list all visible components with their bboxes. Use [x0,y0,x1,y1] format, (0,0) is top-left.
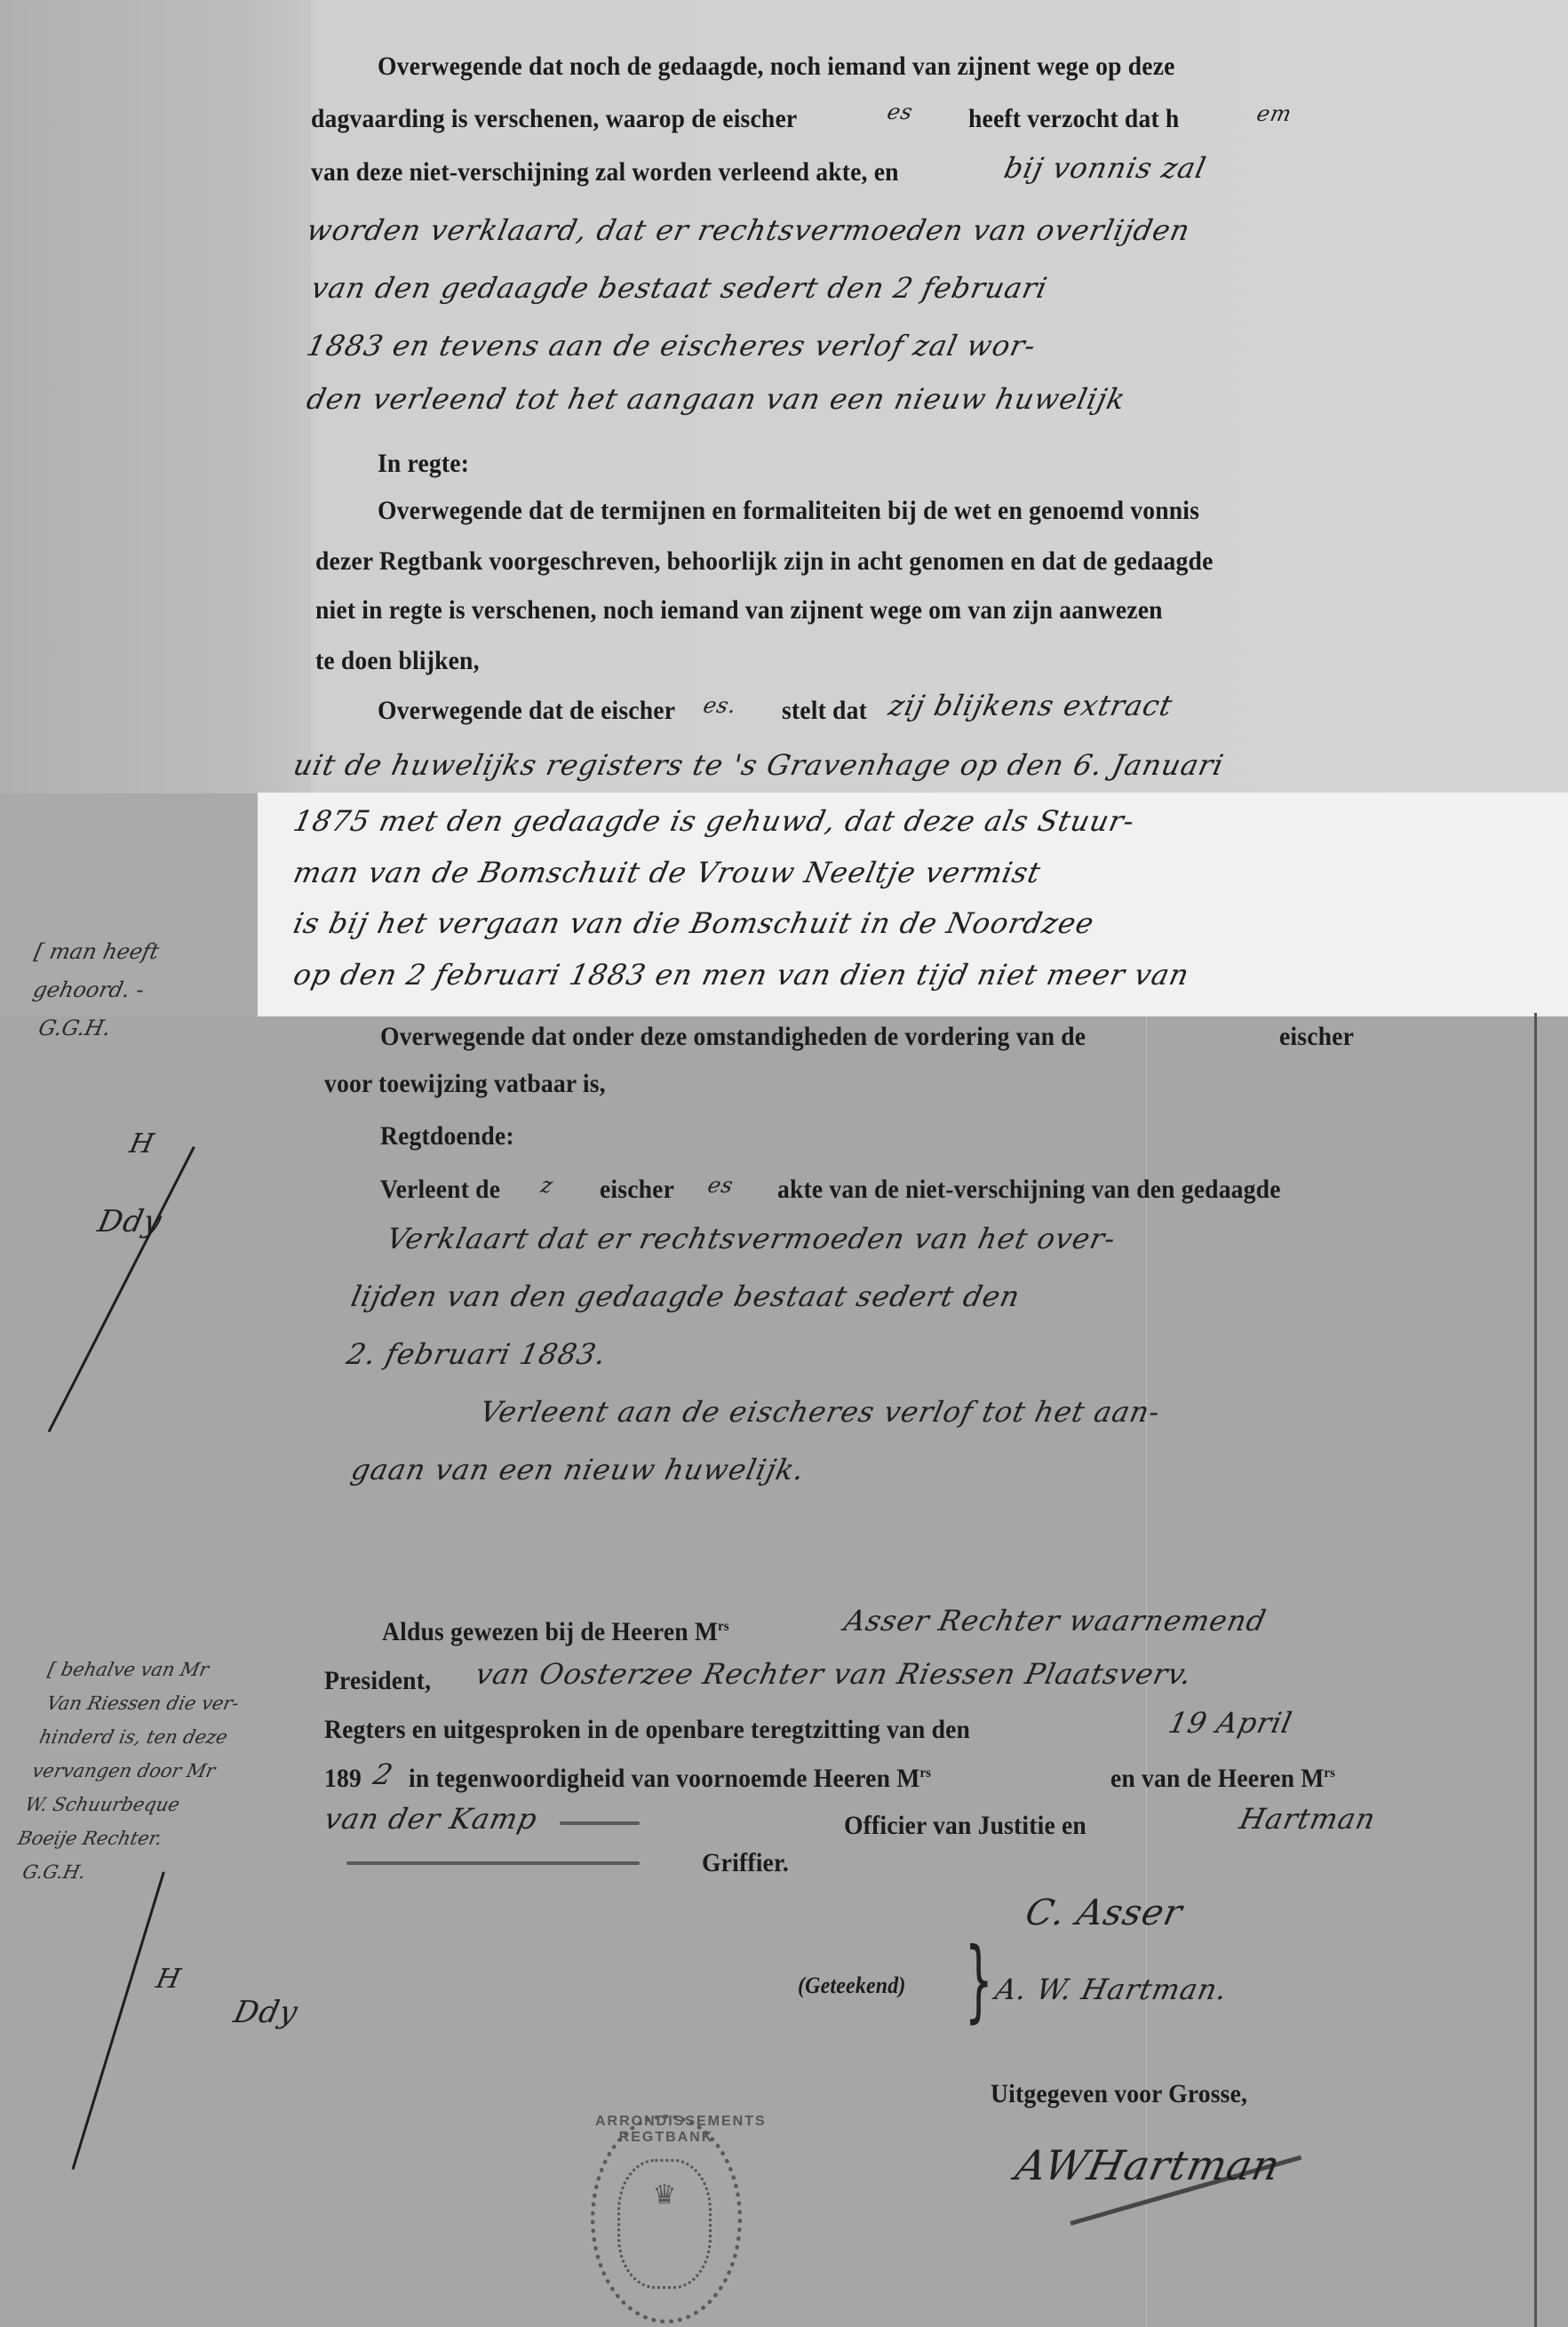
page-edge [1534,1013,1537,2327]
p1-line2-hand-a: es [885,100,915,124]
p6-line4-c-text: en van de Heeren M [1110,1764,1324,1793]
p6-line3-hand: 19 April [1166,1706,1295,1740]
p6-line4-sup: rs [919,1765,931,1781]
p3-hand-line2: 1875 met den gedaagde is gehuwd, dat dez… [291,804,1138,838]
p1-hand-line1: worden verklaard, dat er rechtsvermoeden… [304,213,1193,247]
paper-shadow [0,0,311,793]
p1-hand-line2: van den gedaagde bestaat sedert den 2 fe… [308,271,1051,305]
p5-hand-line5: gaan van een nieuw huwelijk. [348,1453,808,1486]
p1-hand-line3: 1883 en tevens aan de eischeres verlof z… [304,329,1039,363]
p5-hand-line3: 2. februari 1883. [344,1337,609,1371]
p3-hand-a: es. [701,693,739,718]
p4-line1-end: eischer [1279,1022,1354,1052]
p3-hand-line1: uit de huwelijks registers te 's Gravenh… [291,748,1227,782]
p5-hand-line1: Verklaart dat er rechtsvermoeden van het… [384,1222,1119,1255]
p6-line1-text: Aldus gewezen bij de Heeren M [382,1617,718,1646]
p6-line1: Aldus gewezen bij de Heeren Mrs [382,1617,729,1647]
p6-line4-c: en van de Heeren Mrs [1110,1764,1335,1794]
p5-printed-c: akte van de niet-verschijning van den ge… [777,1175,1281,1205]
p6-line1-sup: rs [718,1619,729,1634]
p2-line2: dezer Regtbank voorgeschreven, behoorlij… [315,546,1214,577]
signature-asser: C. Asser [1022,1893,1186,1933]
p1-line3: van deze niet-verschijning zal worden ve… [311,157,899,187]
heading-regtdoende: Regtdoende: [380,1121,514,1152]
p1-line2-hand-b: em [1254,101,1294,126]
p1-line2-a: dagvaarding is verschenen, waarop de eis… [311,104,797,134]
p6-line2-hand: van Oosterzee Rechter van Riessen Plaats… [473,1657,1195,1691]
p5-hand-b: es [705,1173,736,1198]
p6-line3: Regters en uitgesproken in de openbare t… [324,1715,970,1745]
p4-line2: voor toewijzing vatbaar is, [324,1069,606,1099]
p2-line1: Overwegende dat de termijnen en formalit… [378,496,1199,526]
court-seal-stamp: ARRONDISSEMENTS REGTBANK ♛ [591,2115,742,2323]
p1-hand-line4: den verleend tot het aangaan van een nie… [304,382,1129,416]
p6-line5-hand: van der Kamp [322,1802,541,1836]
p1-line3-hand: bij vonnis zal [1001,151,1209,185]
margin-note-1: [ man heeft gehoord. - G.G.H. [14,933,163,1048]
p1-line1: Overwegende dat noch de gedaagde, noch i… [378,52,1175,82]
stamp-emblem: ♛ [617,2159,712,2289]
p1-line2-b: heeft verzocht dat h [968,104,1179,134]
blank-line [346,1861,640,1865]
p6-line5: Officier van Justitie en [844,1811,1086,1841]
p3-hand-line3: man van de Bomschuit de Vrouw Neeltje ve… [291,856,1044,889]
signature-hartman: A. W. Hartman. [992,1972,1231,2006]
p4-line1: Overwegende dat onder deze omstandighede… [380,1022,1086,1052]
p6-line4-sup2: rs [1324,1765,1335,1781]
p6-line6: Griffier. [702,1848,789,1878]
crown-icon: ♛ [651,2180,678,2206]
p6-line4-b-text: in tegenwoordigheid van voornoemde Heere… [409,1764,919,1793]
p6-line1-hand: Asser Rechter waarnemend [841,1604,1270,1638]
p6-line5-hand-b: Hartman [1237,1802,1379,1836]
geteekend-label: (Geteekend) [798,1972,906,1999]
p3-hand-b: zij blijkens extract [886,689,1176,722]
p6-line2: President, [324,1666,431,1696]
p3-hand-line4: is bij het vergaan van die Bomschuit in … [291,906,1097,940]
stamp-text: ARRONDISSEMENTS REGTBANK [595,2114,737,2146]
p5-printed-b: eischer [600,1175,674,1205]
heading-in-regte: In regte: [378,449,469,479]
p3-printed-b: stelt dat [782,696,867,726]
p2-line4: te doen blijken, [315,646,480,676]
p5-printed-a: Verleent de [380,1175,500,1205]
grosse-signature: AWHartman [1012,2141,1285,2189]
brace-icon: } [965,1928,993,2032]
p3-hand-line5: op den 2 februari 1883 en men van dien t… [291,958,1192,992]
grosse-label: Uitgegeven voor Grosse, [991,2079,1247,2109]
blank-line [560,1821,640,1825]
p6-line4-a: 189 [324,1764,362,1794]
p5-hand-line4: Verleent aan de eischeres verlof tot het… [477,1395,1164,1429]
p6-line4-b: in tegenwoordigheid van voornoemde Heere… [409,1764,931,1794]
p5-hand-line2: lijden van den gedaagde bestaat sedert d… [348,1279,1023,1313]
margin-paraaf-2: Ddy [230,1995,301,2030]
p3-printed-a: Overwegende dat de eischer [378,696,675,726]
p2-line3: niet in regte is verschenen, noch iemand… [315,595,1163,626]
